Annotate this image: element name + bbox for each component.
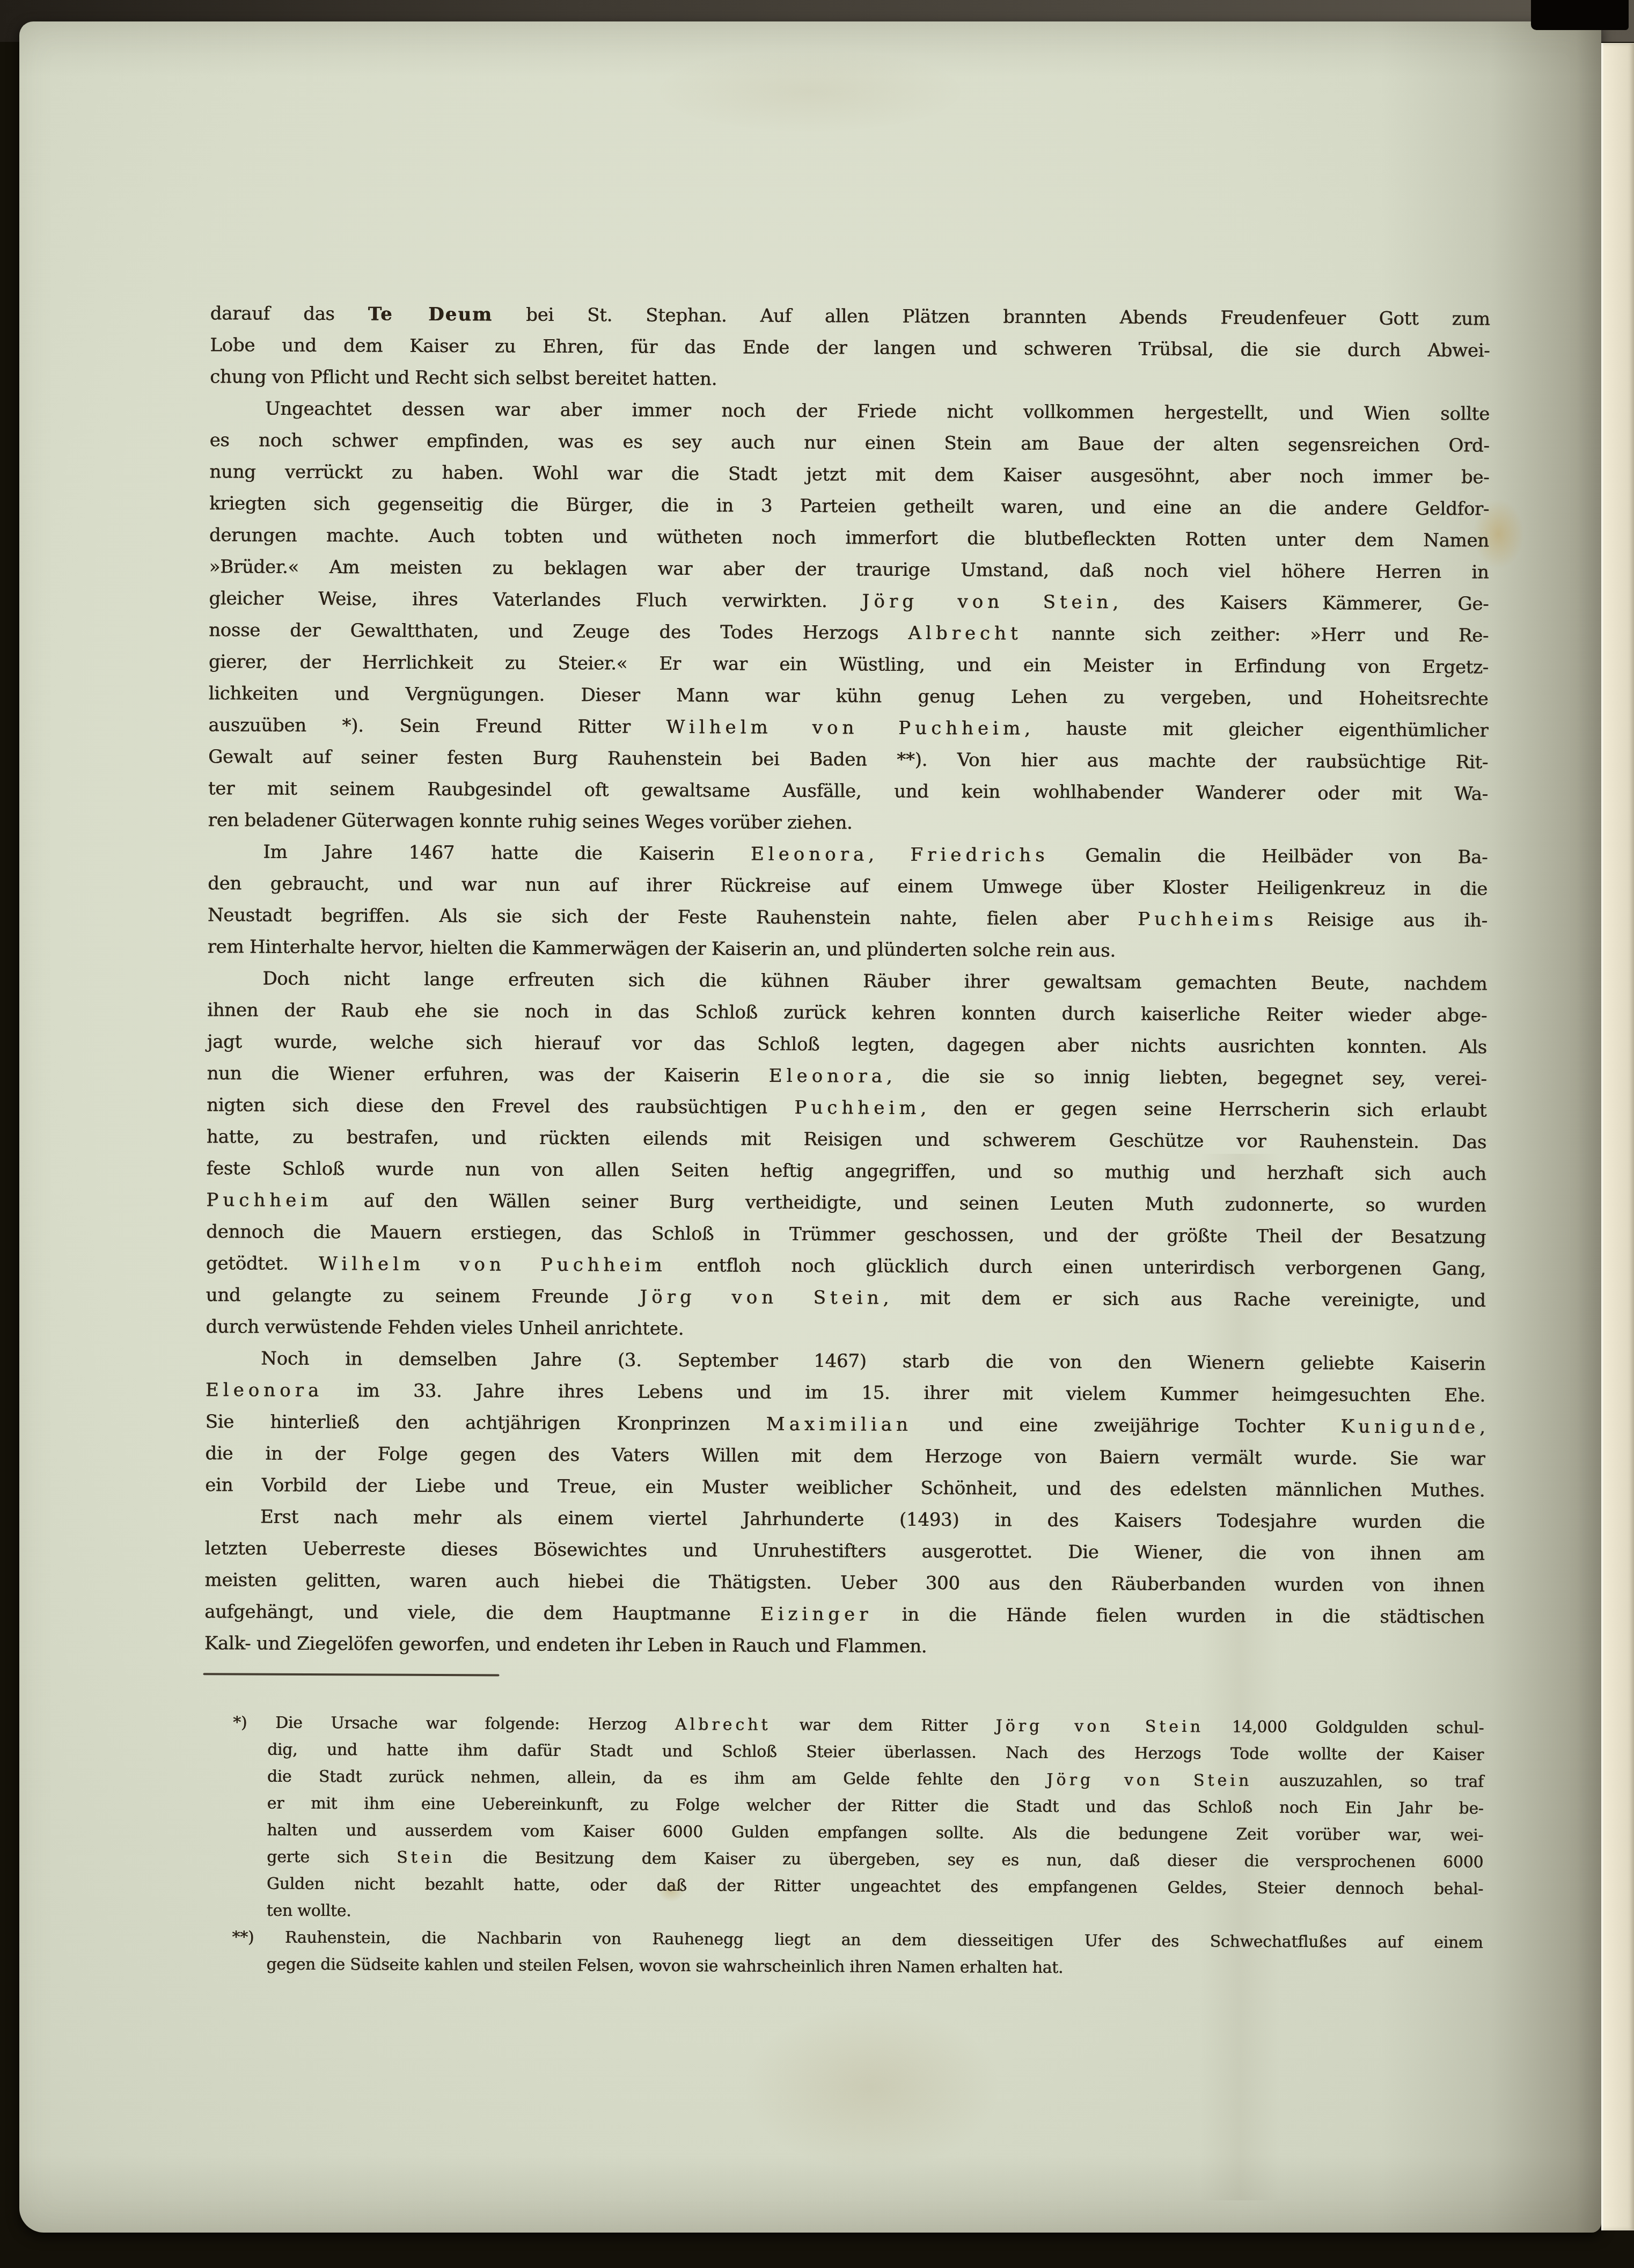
- letterspaced-name: Wilhelm von Puchheim: [666, 716, 1024, 740]
- text-run: jagt wurde, welche sich hierauf vor das …: [207, 1031, 1487, 1058]
- main-text-line: es noch schwer empfinden, was es sey auc…: [209, 425, 1489, 462]
- text-run: Gulden nicht bezahlt hatte, oder daß der…: [267, 1875, 1483, 1899]
- text-run: den gebraucht, und war nun auf ihrer Rüc…: [208, 873, 1488, 899]
- text-run: gerte sich: [267, 1848, 397, 1867]
- text-run: Gemalin die Heilbäder von Ba-: [1049, 845, 1488, 868]
- text-run: Ungeachtet dessen war aber immer noch de…: [265, 398, 1490, 425]
- text-run: ,: [868, 844, 911, 866]
- main-text-line: die in der Folge gegen des Vaters Willen…: [205, 1438, 1485, 1475]
- text-run: Im Jahre 1467 hatte die Kaiserin: [263, 842, 751, 865]
- text-run: es noch schwer empfinden, was es sey auc…: [209, 429, 1489, 456]
- main-text-line: und gelangte zu seinem Freunde Jörg von …: [206, 1279, 1485, 1316]
- footnote-separator-rule: [203, 1673, 500, 1676]
- text-run: Lobe und dem Kaiser zu Ehren, für das En…: [210, 334, 1490, 361]
- footnotes-block: *) Die Ursache war folgende: Herzog Albr…: [266, 1710, 1484, 1984]
- letterspaced-name: Jörg von Stein: [1046, 1770, 1252, 1790]
- text-run: Sie hinterließ den achtjährigen Kronprin…: [206, 1411, 766, 1435]
- main-text-line: Eleonora im 33. Jahre ihres Lebens und i…: [206, 1374, 1485, 1411]
- text-run: getödtet.: [206, 1253, 319, 1275]
- text-run: und eine zweijährige Tochter: [912, 1414, 1341, 1437]
- letterspaced-name: Jörg von Stein: [640, 1286, 883, 1309]
- text-run: aufgehängt, und viele, die dem Hauptmann…: [204, 1601, 760, 1625]
- text-run: gegen die Südseite kahlen und steilen Fe…: [266, 1955, 1063, 1977]
- main-text-line: nun die Wiener erfuhren, was der Kaiseri…: [207, 1058, 1486, 1095]
- text-run: auf den Wällen seiner Burg vertheidigte,…: [332, 1190, 1486, 1216]
- text-run: entfloh noch glücklich durch einen unter…: [666, 1255, 1485, 1280]
- main-text-line: dennoch die Mauern erstiegen, das Schloß…: [206, 1216, 1486, 1253]
- main-text-line: Erst nach mehr als einem viertel Jahrhun…: [205, 1501, 1485, 1538]
- text-run: halten und ausserdem vom Kaiser 6000 Gul…: [267, 1821, 1483, 1845]
- text-run: hatte, zu bestrafen, und rückten eilends…: [207, 1126, 1486, 1153]
- antiqua-phrase: Te Deum: [368, 303, 493, 325]
- main-text-line: kriegten sich gegenseitig die Bürger, di…: [209, 488, 1489, 525]
- text-run: im 33. Jahre ihres Lebens und im 15. ihr…: [323, 1380, 1485, 1406]
- text-run: , hauste mit gleicher eigenthümlicher: [1024, 718, 1488, 742]
- text-run: Gewalt auf seiner festen Burg Rauhenstei…: [208, 746, 1488, 773]
- text-run: nung verrückt zu haben. Wohl war die Sta…: [209, 461, 1489, 488]
- main-text-line: gleicher Weise, ihres Vaterlandes Fluch …: [209, 583, 1489, 620]
- letterspaced-name: Jörg von Stein: [995, 1717, 1203, 1737]
- text-run: gierer, der Herrlichkeit zu Steier.« Er …: [209, 651, 1489, 678]
- main-text-line: Lobe und dem Kaiser zu Ehren, für das En…: [210, 330, 1490, 367]
- main-text-line: chung von Pflicht und Recht sich selbst …: [210, 361, 1490, 398]
- main-text-line: derungen machte. Auch tobten und wüthete…: [209, 520, 1489, 557]
- text-run: lichkeiten und Vergnügungen. Dieser Mann…: [208, 683, 1488, 709]
- text-run: feste Schloß wurde nun von allen Seiten …: [207, 1158, 1486, 1184]
- text-run: **) Rauhenstein, die Nachbarin von Rauhe…: [232, 1928, 1483, 1952]
- main-text-line: »Brüder.« Am meisten zu beklagen war abe…: [209, 551, 1489, 588]
- text-run: die Besitzung dem Kaiser zu übergeben, s…: [455, 1848, 1483, 1871]
- text-run: und gelangte zu seinem Freunde: [206, 1284, 640, 1308]
- main-text-line: Kalk- und Ziegelöfen geworfen, und endet…: [204, 1628, 1484, 1665]
- main-text-line: Im Jahre 1467 hatte die Kaiserin Eleonor…: [208, 836, 1488, 873]
- text-run: *) Die Ursache war folgende: Herzog: [233, 1713, 675, 1734]
- text-run: Doch nicht lange erfreuten sich die kühn…: [262, 968, 1487, 995]
- letterspaced-name: Puchheim: [206, 1189, 332, 1211]
- text-run: derungen machte. Auch tobten und wüthete…: [209, 524, 1489, 551]
- main-text-line: Noch in demselben Jahre (3. September 14…: [206, 1343, 1485, 1380]
- text-run: ein Vorbild der Liebe und Treue, ein Mus…: [205, 1474, 1485, 1501]
- printed-text-layer: darauf das Te Deum bei St. Stephan. Auf …: [0, 0, 1634, 2268]
- main-text-block: darauf das Te Deum bei St. Stephan. Auf …: [204, 298, 1490, 1665]
- main-text-line: Gewalt auf seiner festen Burg Rauhenstei…: [208, 741, 1488, 778]
- text-run: durch verwüstende Fehden vieles Unheil a…: [206, 1316, 684, 1340]
- text-run: , mit dem er sich aus Rache vereinigte, …: [883, 1287, 1485, 1312]
- text-run: , den er gegen seine Herrscherin sich er…: [920, 1098, 1486, 1122]
- text-run: dennoch die Mauern erstiegen, das Schloß…: [206, 1221, 1486, 1248]
- main-text-line: auszuüben *). Sein Freund Ritter Wilhelm…: [208, 709, 1488, 747]
- letterspaced-name: Kunigunde: [1340, 1416, 1479, 1438]
- main-text-line: durch verwüstende Fehden vieles Unheil a…: [206, 1311, 1485, 1348]
- text-run: Noch in demselben Jahre (3. September 14…: [261, 1348, 1485, 1375]
- letterspaced-name: Albrecht: [908, 623, 1022, 645]
- letterspaced-name: Albrecht: [675, 1715, 771, 1735]
- main-text-line: rem Hinterhalte hervor, hielten die Kamm…: [207, 931, 1487, 968]
- text-run: darauf das: [210, 303, 368, 325]
- text-run: rem Hinterhalte hervor, hielten die Kamm…: [207, 936, 1115, 961]
- letterspaced-name: Puchheims: [1138, 909, 1277, 931]
- letterspaced-name: Puchheim: [794, 1097, 920, 1119]
- letterspaced-name: Friedrichs: [910, 844, 1049, 866]
- main-text-line: ihnen der Raub ehe sie noch in das Schlo…: [207, 994, 1487, 1031]
- text-run: nun die Wiener erfuhren, was der Kaiseri…: [207, 1063, 768, 1087]
- main-text-line: hatte, zu bestrafen, und rückten eilends…: [207, 1121, 1486, 1158]
- text-run: die Stadt zurück nehmen, allein, da es i…: [267, 1767, 1047, 1789]
- main-text-line: nung verrückt zu haben. Wohl war die Sta…: [209, 456, 1489, 493]
- text-run: kriegten sich gegenseitig die Bürger, di…: [209, 493, 1489, 520]
- text-run: ihnen der Raub ehe sie noch in das Schlo…: [207, 999, 1487, 1026]
- text-run: gleicher Weise, ihres Vaterlandes Fluch …: [209, 588, 862, 612]
- text-run: Kalk- und Ziegelöfen geworfen, und endet…: [204, 1633, 927, 1657]
- main-text-line: Puchheim auf den Wällen seiner Burg vert…: [206, 1184, 1486, 1221]
- main-text-line: Ungeachtet dessen war aber immer noch de…: [210, 393, 1490, 430]
- text-run: ren beladener Güterwagen konnte ruhig se…: [208, 809, 852, 833]
- main-text-line: feste Schloß wurde nun von allen Seiten …: [207, 1153, 1486, 1190]
- text-run: die in der Folge gegen des Vaters Willen…: [205, 1443, 1485, 1469]
- text-run: ,: [1479, 1416, 1485, 1438]
- text-run: war dem Ritter: [771, 1716, 995, 1736]
- text-run: Neustadt begriffen. Als sie sich der Fes…: [208, 904, 1138, 930]
- main-text-line: getödtet. Wilhelm von Puchheim entfloh n…: [206, 1248, 1486, 1285]
- main-text-line: meisten gelitten, waren auch hiebei die …: [204, 1564, 1484, 1601]
- text-run: chung von Pflicht und Recht sich selbst …: [210, 366, 717, 390]
- text-run: ter mit seinem Raubgesindel oft gewaltsa…: [208, 778, 1488, 804]
- letterspaced-name: Eleonora: [206, 1379, 323, 1401]
- text-run: auszuzahlen, so traf: [1252, 1772, 1484, 1791]
- text-run: er mit ihm eine Uebereinkunft, zu Folge …: [267, 1794, 1483, 1818]
- main-text-line: nosse der Gewaltthaten, und Zeuge des To…: [209, 614, 1489, 652]
- text-run: nannte sich zeither: »Herr und Re-: [1022, 623, 1489, 647]
- text-run: 14,000 Goldgulden schul-: [1204, 1717, 1484, 1737]
- text-run: , die sie so innig liebten, begegnet sey…: [886, 1066, 1487, 1090]
- main-text-line: nigten sich diese den Frevel des raubsüc…: [207, 1089, 1486, 1126]
- letterspaced-name: Eizinger: [760, 1604, 873, 1626]
- footnote-line: gegen die Südseite kahlen und steilen Fe…: [266, 1951, 1483, 1984]
- main-text-line: lichkeiten und Vergnügungen. Dieser Mann…: [208, 678, 1488, 715]
- main-text-line: aufgehängt, und viele, die dem Hauptmann…: [204, 1596, 1484, 1633]
- main-text-line: Doch nicht lange erfreuten sich die kühn…: [207, 963, 1487, 1000]
- text-run: Erst nach mehr als einem viertel Jahrhun…: [260, 1506, 1485, 1533]
- main-text-line: ren beladener Güterwagen konnte ruhig se…: [208, 804, 1488, 842]
- letterspaced-name: Maximilian: [766, 1414, 912, 1436]
- letterspaced-name: Wilhelm von Puchheim: [319, 1253, 666, 1276]
- text-run: auszuüben *). Sein Freund Ritter: [208, 714, 666, 738]
- letterspaced-name: Stein: [397, 1848, 455, 1867]
- text-run: ten wollte.: [267, 1901, 351, 1921]
- footnote-line: Gulden nicht bezahlt hatte, oder daß der…: [267, 1871, 1483, 1903]
- text-run: »Brüder.« Am meisten zu beklagen war abe…: [209, 556, 1489, 583]
- main-text-line: Sie hinterließ den achtjährigen Kronprin…: [205, 1406, 1485, 1443]
- main-text-line: letzten Ueberreste dieses Bösewichtes un…: [204, 1533, 1484, 1570]
- letterspaced-name: Jörg von Stein: [862, 590, 1113, 613]
- text-run: bei St. Stephan. Auf allen Plätzen brann…: [493, 304, 1490, 330]
- text-run: letzten Ueberreste dieses Bösewichtes un…: [204, 1538, 1484, 1564]
- text-run: dig, und hatte ihm dafür Stadt und Schlo…: [267, 1740, 1484, 1765]
- main-text-line: ter mit seinem Raubgesindel oft gewaltsa…: [208, 773, 1488, 810]
- main-text-line: darauf das Te Deum bei St. Stephan. Auf …: [210, 298, 1490, 335]
- text-run: Reisige aus ih-: [1277, 909, 1487, 932]
- photo-of-book: darauf das Te Deum bei St. Stephan. Auf …: [0, 0, 1634, 2268]
- main-text-line: den gebraucht, und war nun auf ihrer Rüc…: [208, 868, 1488, 905]
- text-run: nigten sich diese den Frevel des raubsüc…: [207, 1094, 794, 1118]
- main-text-line: gierer, der Herrlichkeit zu Steier.« Er …: [209, 646, 1489, 683]
- text-run: in die Hände fielen wurden in die städti…: [872, 1604, 1484, 1628]
- main-text-line: Neustadt begriffen. Als sie sich der Fes…: [208, 899, 1488, 937]
- text-run: nosse der Gewaltthaten, und Zeuge des To…: [209, 619, 908, 644]
- text-run: , des Kaisers Kämmerer, Ge-: [1112, 591, 1489, 614]
- text-run: meisten gelitten, waren auch hiebei die …: [204, 1569, 1484, 1596]
- main-text-line: jagt wurde, welche sich hierauf vor das …: [207, 1026, 1487, 1063]
- letterspaced-name: Eleonora: [751, 844, 868, 866]
- main-text-line: ein Vorbild der Liebe und Treue, ein Mus…: [205, 1469, 1485, 1506]
- letterspaced-name: Eleonora: [769, 1065, 886, 1087]
